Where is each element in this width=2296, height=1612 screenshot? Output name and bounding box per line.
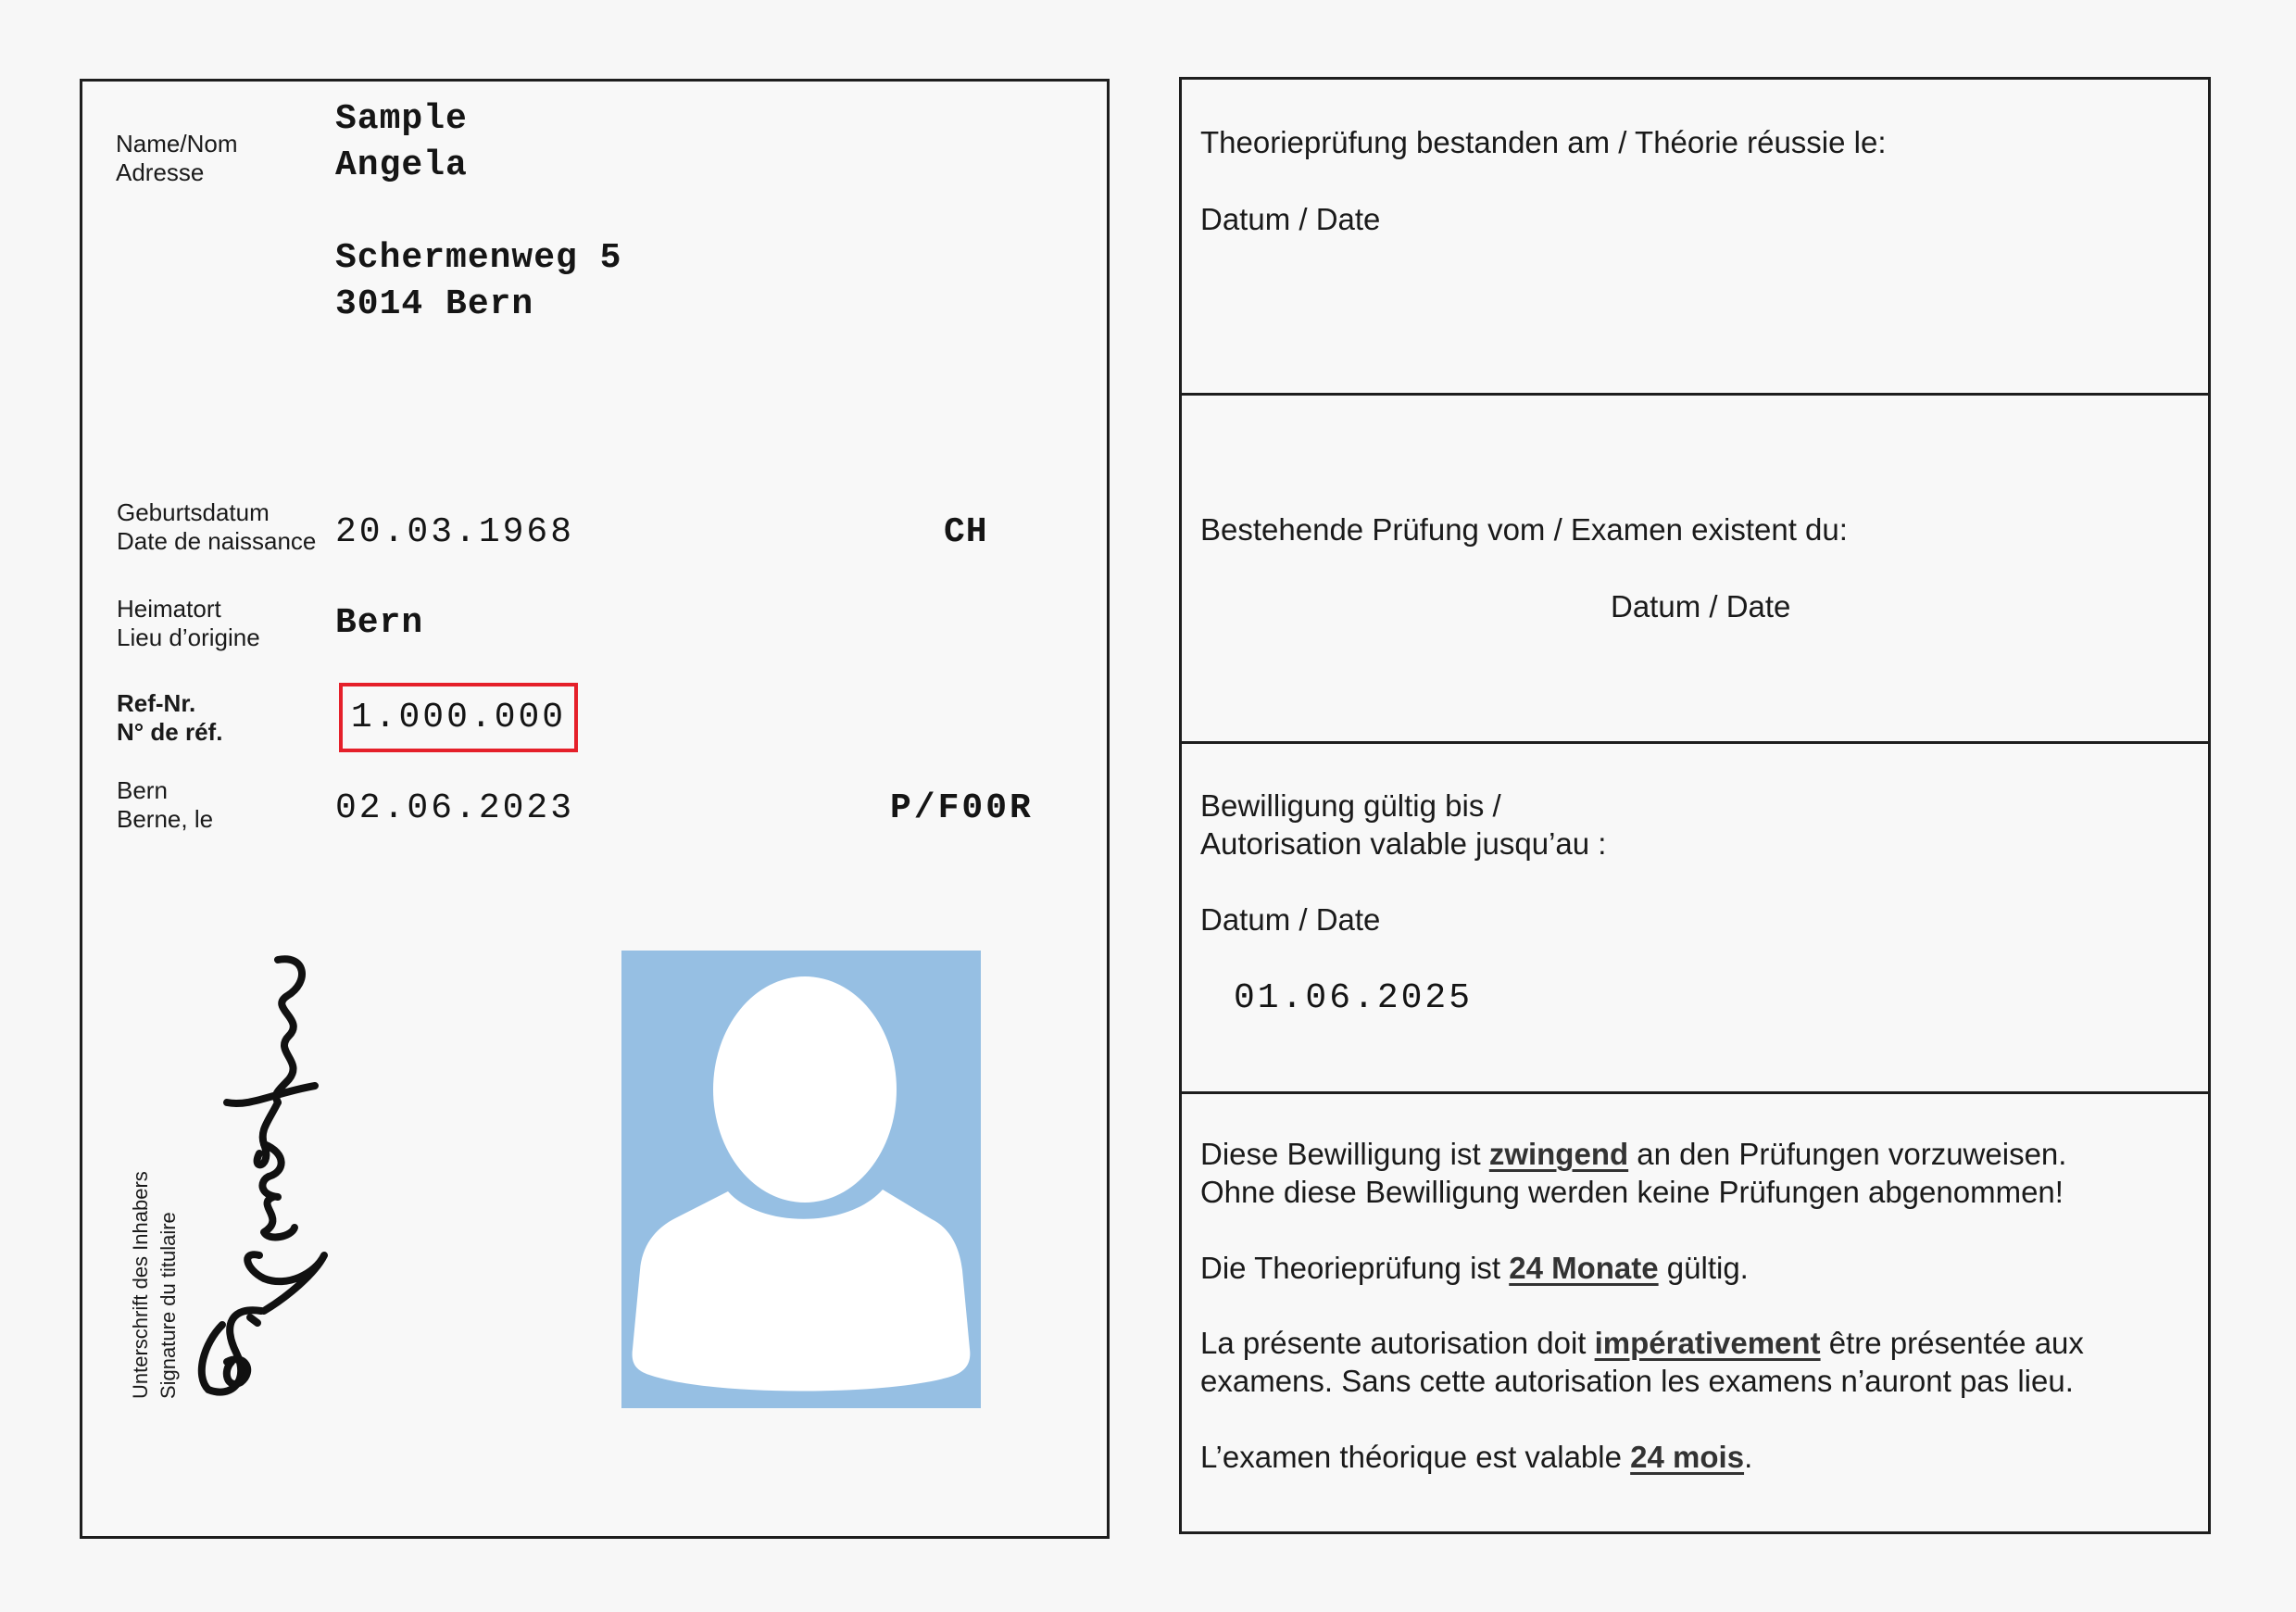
birthdate-label-de: Geburtsdatum: [117, 498, 316, 527]
last-name: Sample: [335, 96, 468, 143]
notice-text: gültig.: [1659, 1251, 1749, 1285]
holder-address: Schermenweg 5 3014 Bern: [335, 235, 621, 328]
notice-fr-mandatory: La présente autorisation doit impérative…: [1200, 1324, 2084, 1400]
place-label-fr: Berne, le: [117, 805, 213, 834]
existing-exam-date-label: Datum / Date: [1611, 587, 1790, 625]
nationality-value: CH: [944, 510, 988, 556]
theory-passed-date-label: Datum / Date: [1200, 200, 1380, 238]
notice-text: Diese Bewilligung ist: [1200, 1137, 1489, 1171]
first-name: Angela: [335, 143, 468, 189]
place-label: Bern Berne, le: [117, 776, 213, 834]
section-divider: [1182, 1091, 2208, 1094]
valid-until-title: Bewilligung gültig bis / Autorisation va…: [1200, 787, 1606, 863]
notice-text: Ohne diese Bewilligung werden keine Prüf…: [1200, 1173, 2066, 1211]
address-label-fr: Adresse: [116, 158, 237, 187]
notice-text: an den Prüfungen vorzuweisen.: [1628, 1137, 2066, 1171]
notice-text: .: [1744, 1440, 1752, 1474]
ref-number: 1.000.000: [351, 695, 566, 741]
origin-label-de: Heimatort: [117, 595, 260, 623]
street: Schermenweg 5: [335, 235, 621, 282]
holder-name: Sample Angela: [335, 96, 468, 189]
emphasis-24-monate: 24 Monate: [1509, 1251, 1658, 1285]
valid-until-date: 01.06.2025: [1234, 976, 1473, 1022]
emphasis-24-mois: 24 mois: [1630, 1440, 1744, 1474]
signature-label-de: Unterschrift des Inhabers: [127, 1171, 155, 1399]
ref-number-highlight: 1.000.000: [339, 683, 578, 752]
notice-text: examens. Sans cette autorisation les exa…: [1200, 1362, 2084, 1400]
ref-label: Ref-Nr. N° de réf.: [117, 689, 222, 747]
ref-label-fr: N° de réf.: [117, 718, 222, 747]
origin-label-fr: Lieu d’origine: [117, 623, 260, 652]
city: 3014 Bern: [335, 282, 621, 328]
handwritten-signature: [185, 954, 352, 1408]
birthdate-value: 20.03.1968: [335, 510, 574, 556]
emphasis-imperativement: impérativement: [1595, 1326, 1821, 1360]
signature-label: Unterschrift des Inhabers Signature du t…: [127, 1171, 182, 1399]
notice-text: Die Theorieprüfung ist: [1200, 1251, 1509, 1285]
photo-placeholder: [621, 951, 981, 1408]
notice-text: être présentée aux: [1821, 1326, 2084, 1360]
birthdate-label: Geburtsdatum Date de naissance: [117, 498, 316, 556]
theory-passed-title: Theorieprüfung bestanden am / Théorie ré…: [1200, 123, 1887, 161]
valid-until-date-label: Datum / Date: [1200, 900, 1380, 938]
notice-de-mandatory: Diese Bewilligung ist zwingend an den Pr…: [1200, 1135, 2066, 1211]
section-divider: [1182, 393, 2208, 396]
name-label: Name/Nom Adresse: [116, 130, 237, 187]
notice-text: L’examen théorique est valable: [1200, 1440, 1630, 1474]
place-label-de: Bern: [117, 776, 213, 805]
section-divider: [1182, 741, 2208, 744]
name-label-de: Name/Nom: [116, 130, 237, 158]
valid-until-title-fr: Autorisation valable jusqu’au :: [1200, 825, 1606, 863]
birthdate-label-fr: Date de naissance: [117, 527, 316, 556]
category-code: P/F00R: [890, 786, 1034, 832]
existing-exam-title: Bestehende Prüfung vom / Examen existent…: [1200, 510, 1848, 548]
person-silhouette-icon: [621, 951, 981, 1408]
issue-date: 02.06.2023: [335, 786, 574, 832]
emphasis-zwingend: zwingend: [1489, 1137, 1628, 1171]
notice-fr-validity: L’examen théorique est valable 24 mois.: [1200, 1438, 1752, 1476]
origin-label: Heimatort Lieu d’origine: [117, 595, 260, 652]
ref-label-de: Ref-Nr.: [117, 689, 222, 718]
notice-text: La présente autorisation doit: [1200, 1326, 1595, 1360]
notice-de-validity: Die Theorieprüfung ist 24 Monate gültig.: [1200, 1249, 1749, 1287]
origin-value: Bern: [335, 600, 423, 647]
signature-label-fr: Signature du titulaire: [155, 1171, 182, 1399]
valid-until-title-de: Bewilligung gültig bis /: [1200, 787, 1606, 825]
